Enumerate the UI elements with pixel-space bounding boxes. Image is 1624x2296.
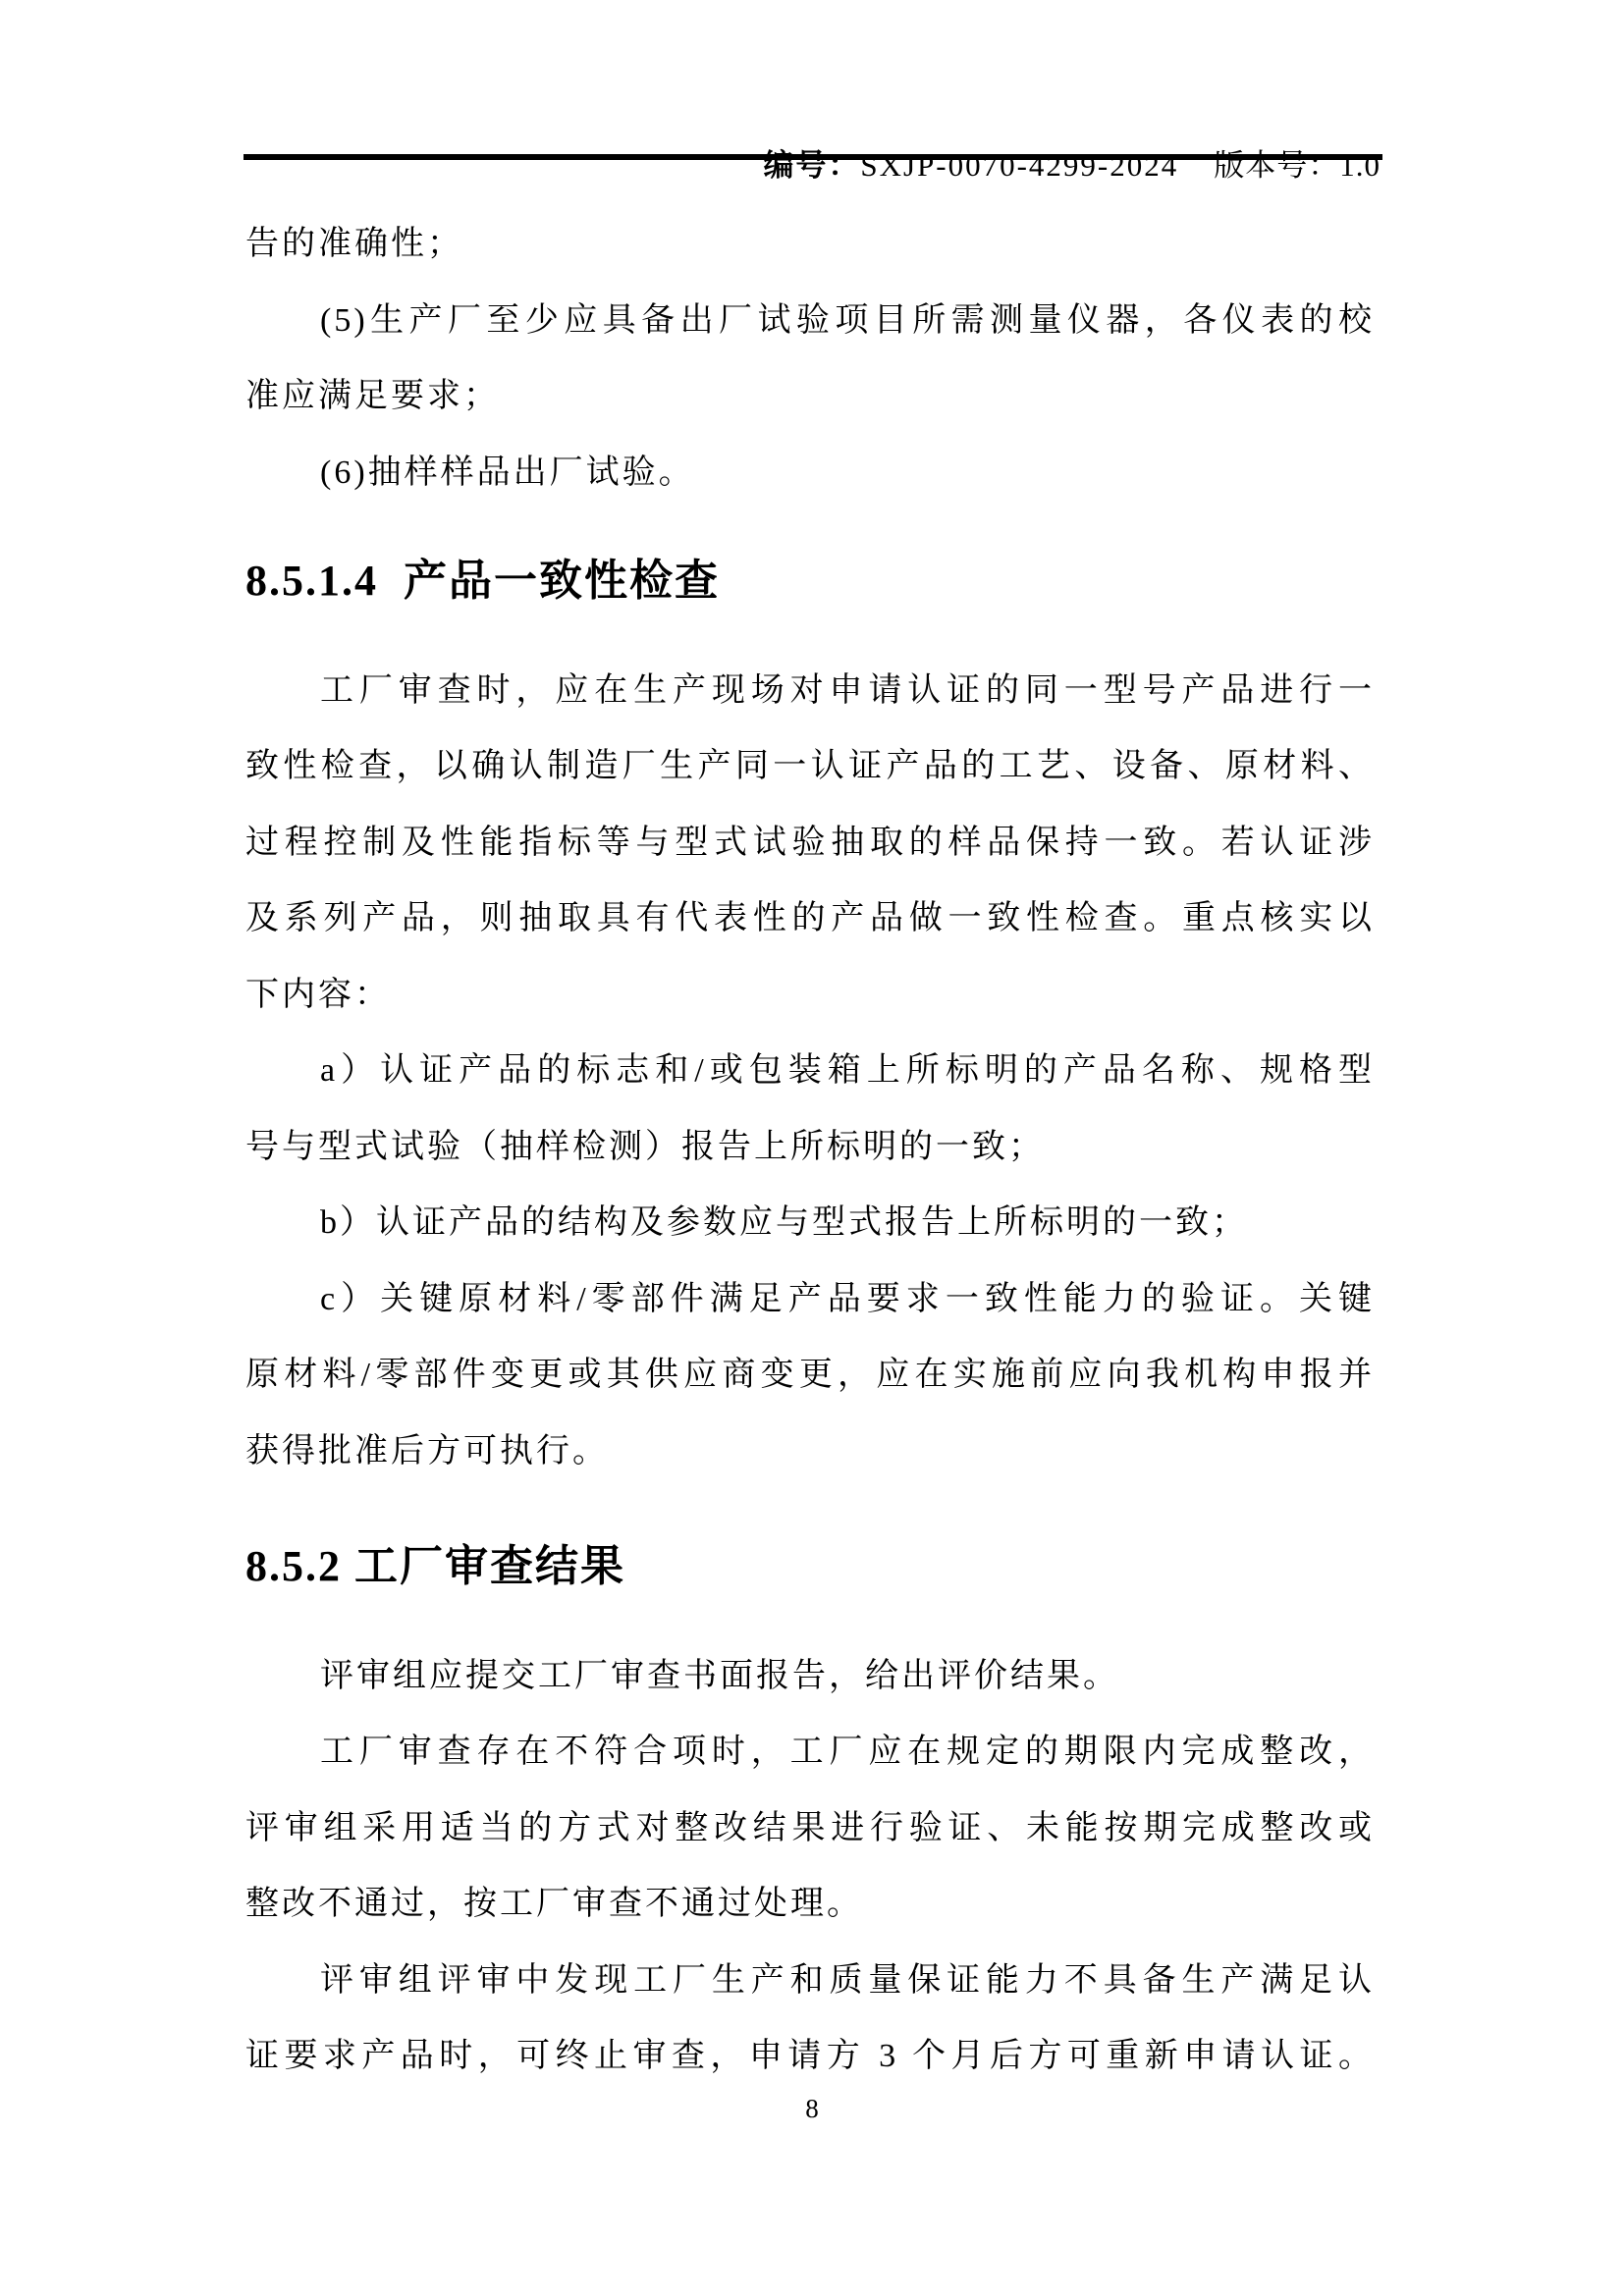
page-header: 编号：SXJP-0070-4299-2024版本号：1.0 (245, 110, 1380, 222)
text-line: 证要求产品时，可终止审查，申请方 3 个月后方可重新申请认证。 (245, 2018, 1375, 2095)
text-line: 原材料/零部件变更或其供应商变更，应在实施前应向我机构申报并 (245, 1337, 1375, 1414)
text-line: 告的准确性； (245, 206, 1375, 283)
document-page: 编号：SXJP-0070-4299-2024版本号：1.0 告的准确性；(5)生… (0, 0, 1624, 2296)
text-line: 工厂审查时，应在生产现场对申请认证的同一型号产品进行一 (245, 653, 1375, 729)
text-line: 及系列产品，则抽取具有代表性的产品做一致性检查。重点核实以 (245, 881, 1375, 957)
header-rule (244, 154, 1382, 160)
document-body: 告的准确性；(5)生产厂至少应具备出厂试验项目所需测量仪器，各仪表的校准应满足要… (245, 206, 1375, 2095)
text-line: 致性检查，以确认制造厂生产同一认证产品的工艺、设备、原材料、 (245, 728, 1375, 805)
text-line: (6)抽样样品出厂试验。 (245, 435, 1375, 511)
text-line: b）认证产品的结构及参数应与型式报告上所标明的一致； (245, 1185, 1375, 1261)
text-line: a）认证产品的标志和/或包装箱上所标明的产品名称、规格型 (245, 1033, 1375, 1109)
text-line: 工厂审查存在不符合项时，工厂应在规定的期限内完成整改， (245, 1714, 1375, 1790)
section-heading: 8.5.2 工厂审查结果 (245, 1528, 1375, 1605)
text-line: 获得批准后方可执行。 (245, 1414, 1375, 1490)
text-line: 评审组采用适当的方式对整改结果进行验证、未能按期完成整改或 (245, 1790, 1375, 1867)
section-heading: 8.5.1.4 产品一致性检查 (245, 543, 1375, 619)
text-line: 过程控制及性能指标等与型式试验抽取的样品保持一致。若认证涉 (245, 805, 1375, 881)
text-line: 评审组评审中发现工厂生产和质量保证能力不具备生产满足认 (245, 1943, 1375, 2019)
text-line: 评审组应提交工厂审查书面报告，给出评价结果。 (245, 1638, 1375, 1715)
text-line: 准应满足要求； (245, 358, 1375, 435)
text-line: c）关键原材料/零部件满足产品要求一致性能力的验证。关键 (245, 1261, 1375, 1338)
text-line: 号与型式试验（抽样检测）报告上所标明的一致； (245, 1109, 1375, 1186)
text-line: (5)生产厂至少应具备出厂试验项目所需测量仪器，各仪表的校 (245, 283, 1375, 359)
text-line: 整改不通过，按工厂审查不通过处理。 (245, 1866, 1375, 1943)
text-line: 下内容： (245, 957, 1375, 1034)
page-number: 8 (0, 2087, 1624, 2130)
